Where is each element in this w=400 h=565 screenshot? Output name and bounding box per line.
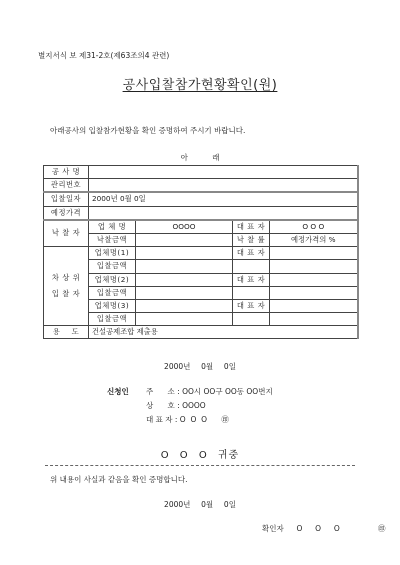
estimated-price-label: 예정가격 bbox=[44, 206, 89, 220]
confirmation-date: 2000년 0월 0일 bbox=[0, 499, 400, 510]
row-runnerup-1-amount: 입찰금액 bbox=[44, 260, 358, 273]
form-reference: 별지서식 보 제31-2호(제63조의4 관련) bbox=[38, 50, 169, 61]
applicant-address: 주 소 : OO시 OO구 OO동 OO번지 bbox=[146, 386, 273, 397]
row-bid-date: 입찰일자 2000년 0월 0일 bbox=[44, 192, 358, 206]
confirmer: 확인자 O O O ㊞ bbox=[262, 523, 386, 534]
runnerup-2-company-label: 업체명(2) bbox=[89, 273, 136, 286]
estimated-price-value bbox=[89, 206, 358, 220]
intro-text: 아래공사의 입찰참가현황을 확인 증명하여 주시기 바랍니다. bbox=[50, 125, 245, 136]
project-name-value bbox=[89, 166, 358, 179]
purpose-label: 용 도 bbox=[44, 326, 89, 339]
runnerup-3-rep-value bbox=[270, 299, 358, 312]
runnerup-2-company-value bbox=[136, 273, 233, 286]
runnerup-1-amount-value bbox=[136, 260, 233, 273]
row-runnerup-2-amount: 입찰금액 bbox=[44, 286, 358, 299]
runnerup-3-company-label: 업체명(3) bbox=[89, 299, 136, 312]
runnerup-1-empty bbox=[233, 260, 270, 273]
runnerup-1-amount-label: 입찰금액 bbox=[89, 260, 136, 273]
runnerup-1-rep-value bbox=[270, 247, 358, 260]
row-runnerup-2-company: 업체명(2) 대 표 자 bbox=[44, 273, 358, 286]
document-title-text: 공사입찰참가현황확인(원) bbox=[123, 78, 278, 93]
runnerup-2-amount-label: 입찰금액 bbox=[89, 286, 136, 299]
runners-up-label-line2: 입 찰 자 bbox=[47, 289, 85, 299]
runnerup-1-company-value bbox=[136, 247, 233, 260]
runnerup-3-empty bbox=[233, 313, 270, 326]
runnerup-1-company-label: 업체명(1) bbox=[89, 247, 136, 260]
applicant-trade-name: 상 호 : OOOO bbox=[146, 400, 206, 411]
management-no-label: 관리번호 bbox=[44, 179, 89, 193]
runnerup-1-rep-label: 대 표 자 bbox=[233, 247, 270, 260]
application-date: 2000년 0월 0일 bbox=[0, 361, 400, 372]
document-title: 공사입찰참가현황확인(원) bbox=[0, 74, 400, 93]
row-winner-company: 낙 찰 자 업 체 명 OOOO 대 표 자 O O O bbox=[44, 220, 358, 234]
row-runnerup-1-company: 차 상 위 입 찰 자 업체명(1) 대 표 자 bbox=[44, 247, 358, 260]
bid-date-label: 입찰일자 bbox=[44, 192, 89, 206]
runnerup-3-rep-label: 대 표 자 bbox=[233, 299, 270, 312]
notice-heading: 아 래 bbox=[0, 152, 400, 163]
runnerup-3-company-value bbox=[136, 299, 233, 312]
winner-rep-value: O O O bbox=[270, 220, 358, 234]
winner-rate-value: 예정가격의 % bbox=[270, 233, 358, 246]
winner-company-label: 업 체 명 bbox=[89, 220, 136, 234]
row-management-no: 관리번호 bbox=[44, 179, 358, 193]
row-runnerup-3-company: 업체명(3) 대 표 자 bbox=[44, 299, 358, 312]
project-name-label: 공 사 명 bbox=[44, 166, 89, 179]
winner-company-value: OOOO bbox=[136, 220, 233, 234]
runners-up-label: 차 상 위 입 찰 자 bbox=[44, 247, 89, 326]
row-runnerup-3-amount: 입찰금액 bbox=[44, 313, 358, 326]
runnerup-3-amount-label: 입찰금액 bbox=[89, 313, 136, 326]
divider-dashed bbox=[45, 465, 355, 466]
confirmation-text: 위 내용이 사실과 같음을 확인 증명합니다. bbox=[50, 474, 187, 485]
runners-up-label-line1: 차 상 위 bbox=[47, 273, 85, 283]
purpose-value: 건설공제조합 제출용 bbox=[89, 326, 358, 339]
bid-participation-table: 공 사 명 관리번호 입찰일자 2000년 0월 0일 예정가격 낙 찰 자 업… bbox=[43, 165, 359, 339]
runnerup-2-empty bbox=[233, 286, 270, 299]
applicant-label: 신청인 bbox=[107, 386, 129, 397]
winner-amount-label: 낙찰금액 bbox=[89, 233, 136, 246]
recipient: O O O 귀중 bbox=[0, 446, 400, 461]
applicant-representative: 대 표 자 : O O O ㊞ bbox=[146, 414, 229, 425]
bid-date-value: 2000년 0월 0일 bbox=[89, 192, 358, 206]
winner-label: 낙 찰 자 bbox=[44, 220, 89, 247]
runnerup-2-rep-value bbox=[270, 273, 358, 286]
row-purpose: 용 도 건설공제조합 제출용 bbox=[44, 326, 358, 339]
winner-amount-value bbox=[136, 233, 233, 246]
runnerup-1-empty-value bbox=[270, 260, 358, 273]
row-winner-amount: 낙찰금액 낙 찰 률 예정가격의 % bbox=[44, 233, 358, 246]
winner-rate-label: 낙 찰 률 bbox=[233, 233, 270, 246]
runnerup-2-empty-value bbox=[270, 286, 358, 299]
winner-rep-label: 대 표 자 bbox=[233, 220, 270, 234]
runnerup-3-amount-value bbox=[136, 313, 233, 326]
row-estimated-price: 예정가격 bbox=[44, 206, 358, 220]
runnerup-2-amount-value bbox=[136, 286, 233, 299]
runnerup-3-empty-value bbox=[270, 313, 358, 326]
management-no-value bbox=[89, 179, 358, 193]
row-project-name: 공 사 명 bbox=[44, 166, 358, 179]
runnerup-2-rep-label: 대 표 자 bbox=[233, 273, 270, 286]
